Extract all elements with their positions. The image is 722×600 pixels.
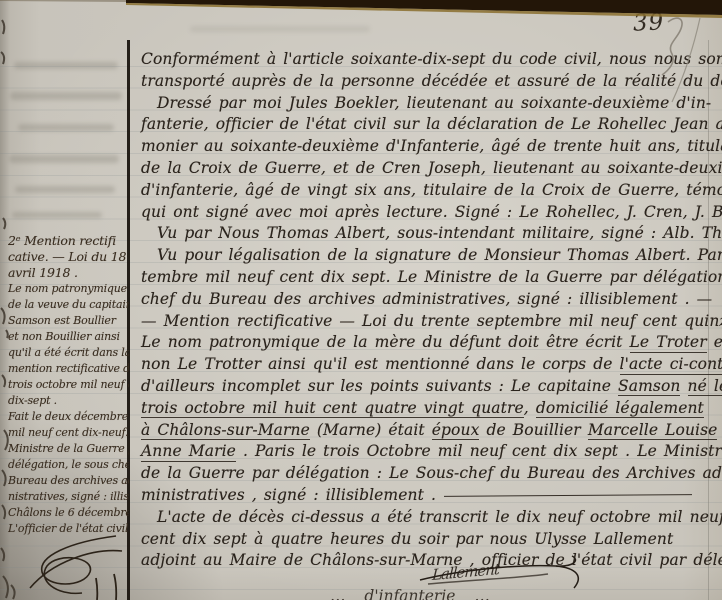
- text-segment: (Marne) était: [310, 421, 432, 439]
- margin-note-line: cative. — Loi du 18: [8, 249, 129, 265]
- text-line: Le nom patronymique de la mère du défunt…: [141, 332, 719, 354]
- text-segment: de Bouillier: [479, 421, 587, 439]
- text-segment: [680, 377, 687, 395]
- text-segment: d'infanterie, âgé de vingt six ans, titu…: [141, 181, 722, 199]
- underlined-text: Marcelle Louise: [588, 421, 718, 441]
- text-line: trois octobre mil huit cent quatre vingt…: [141, 398, 719, 420]
- margin-note-line: nistratives, signé : illisible: [8, 489, 129, 505]
- text-segment: fanterie, officier de l'état civil sur l…: [141, 115, 722, 133]
- text-segment: — Mention rectificative — Loi du trente …: [141, 312, 722, 330]
- text-line: transporté auprès de la personne décédée…: [141, 71, 719, 93]
- text-line: cent dix sept à quatre heures du soir pa…: [141, 529, 719, 551]
- margin-note-line: délégation, le sous chef du: [8, 457, 129, 473]
- text-line: Vu pour légalisation de la signature de …: [141, 245, 719, 267]
- text-segment: non Le Trotter ainsi qu'il est mentionné…: [141, 355, 620, 373]
- margin-note-line: avril 1918 .: [8, 265, 129, 281]
- show-through-smudge: [18, 124, 114, 131]
- text-line: à Châlons-sur-Marne (Marne) était époux …: [141, 420, 719, 442]
- text-line: d'infanterie, âgé de vingt six ans, titu…: [141, 180, 719, 202]
- margin-note-line: trois octobre mil neuf cent: [8, 377, 129, 393]
- text-segment: monier au soixante-deuxième d'Infanterie…: [141, 137, 722, 155]
- text-segment: ,: [524, 399, 536, 417]
- show-through-smudge: [14, 62, 118, 69]
- text-segment: cent dix sept à quatre heures du soir pa…: [141, 530, 673, 548]
- margin-note-line: Ministre de la Guerre par: [8, 441, 129, 457]
- text-line: de la Guerre par délégation : Le Sous-ch…: [141, 463, 719, 485]
- page-number: 39: [632, 9, 665, 37]
- text-line: L'acte de décès ci-dessus a été transcri…: [141, 507, 719, 529]
- margin-note-line: de la veuve du capitaine: [8, 297, 129, 313]
- text-line: tembre mil neuf cent dix sept. Le Minist…: [141, 267, 719, 289]
- ink-rule: [444, 494, 692, 497]
- text-segment: tembre mil neuf cent dix sept. Le Minist…: [141, 268, 722, 286]
- show-through-smudge: [15, 186, 115, 193]
- margin-note-line: Bureau des archives admi-: [8, 473, 129, 489]
- underlined-text: trois octobre mil huit cent quatre vingt…: [141, 399, 524, 419]
- text-segment: ministratives , signé : illisiblement .: [141, 486, 436, 504]
- text-line: Dressé par moi Jules Boekler, lieutenant…: [141, 93, 719, 115]
- text-segment: de la Guerre par délégation : Le Sous-ch…: [141, 464, 722, 482]
- text-line: d'ailleurs incomplet sur les points suiv…: [141, 376, 719, 398]
- text-segment: Le nom patronymique de la mère du défunt…: [141, 333, 630, 351]
- margin-note-line: 2ᵉ Mention rectifi: [8, 233, 129, 249]
- margin-note-line: mention rectificative du: [8, 361, 129, 377]
- margin-note-line: dix-sept .: [8, 393, 129, 409]
- underlined-text: l'acte ci-contre: [620, 355, 722, 375]
- text-segment: Dressé par moi Jules Boekler, lieutenant…: [157, 94, 711, 112]
- underlined-text: domicilié légalement: [536, 399, 704, 419]
- text-line: fanterie, officier de l'état civil sur l…: [141, 114, 719, 136]
- show-through-smudge: [9, 155, 119, 163]
- margin-note-line: mil neuf cent dix-neuf. Le: [8, 425, 129, 441]
- underlined-text: à Châlons-sur-Marne: [141, 421, 310, 441]
- underlined-text: époux: [432, 421, 480, 441]
- margin-note-line: Samson est Boullier: [8, 313, 129, 329]
- text-segment: Conformément à l'article soixante-dix-se…: [141, 50, 722, 68]
- text-line: Conformément à l'article soixante-dix-se…: [141, 49, 719, 71]
- main-text: Conformément à l'article soixante-dix-se…: [141, 49, 719, 572]
- text-line: adjoint au Maire de Châlons-sur-Marne , …: [141, 550, 719, 572]
- text-segment: L'acte de décès ci-dessus a été transcri…: [157, 508, 722, 526]
- underlined-text: Anne Marie: [141, 442, 236, 462]
- text-segment: transporté auprès de la personne décédée…: [141, 72, 722, 90]
- margin-note-line: L'officier de l'état civil: [8, 521, 129, 537]
- margin-note-line: Fait le deux décembre: [8, 409, 129, 425]
- partial-next-line: … d'infanterie …: [330, 587, 490, 600]
- text-line: — Mention rectificative — Loi du trente …: [141, 311, 719, 333]
- margin-note-line: Châlons le 6 décembre 1919: [8, 505, 129, 521]
- text-line: chef du Bureau des archives administrati…: [141, 289, 719, 311]
- show-through-smudge: [10, 92, 122, 100]
- text-segment: de la Croix de Guerre, et de Cren Joseph…: [141, 159, 722, 177]
- text-line: ministratives , signé : illisiblement .: [141, 485, 719, 507]
- text-line: Vu par Nous Thomas Albert, sous-intendan…: [141, 223, 719, 245]
- text-segment: d'ailleurs incomplet sur les points suiv…: [141, 377, 618, 395]
- text-segment: . Paris le trois Octobre mil neuf cent d…: [236, 442, 722, 460]
- underlined-text: Samson: [618, 377, 680, 397]
- register-page: 39 Conformément à l'article soixante-dix…: [0, 0, 722, 600]
- margin-signature-flourish: [30, 536, 122, 600]
- text-segment: adjoint au Maire de Châlons-sur-Marne , …: [141, 551, 722, 569]
- margin-note: 2ᵉ Mention rectificative. — Loi du 18avr…: [8, 233, 129, 537]
- text-line: monier au soixante-deuxième d'Infanterie…: [141, 136, 719, 158]
- text-segment: et: [707, 333, 722, 351]
- text-line: Anne Marie . Paris le trois Octobre mil …: [141, 441, 719, 463]
- text-segment: chef du Bureau des archives administrati…: [141, 290, 712, 308]
- show-through-smudge: [190, 26, 370, 32]
- underlined-text: né le: [688, 377, 722, 397]
- margin-note-line: et non Bouillier ainsi: [8, 329, 129, 345]
- text-line: de la Croix de Guerre, et de Cren Joseph…: [141, 158, 719, 180]
- margin-note-line: Le nom patronymique: [8, 281, 129, 297]
- show-through-smudge: [12, 212, 102, 218]
- text-segment: Vu par Nous Thomas Albert, sous-intendan…: [157, 224, 722, 242]
- margin-note-line: qu'il a été écrit dans la: [8, 345, 129, 361]
- text-line: non Le Trotter ainsi qu'il est mentionné…: [141, 354, 719, 376]
- text-segment: Vu pour légalisation de la signature de …: [157, 246, 722, 264]
- underlined-text: Le Troter: [630, 333, 707, 353]
- top-edge-band: [0, 0, 722, 18]
- text-line: qui ont signé avec moi après lecture. Si…: [141, 202, 719, 224]
- text-segment: qui ont signé avec moi après lecture. Si…: [141, 203, 722, 221]
